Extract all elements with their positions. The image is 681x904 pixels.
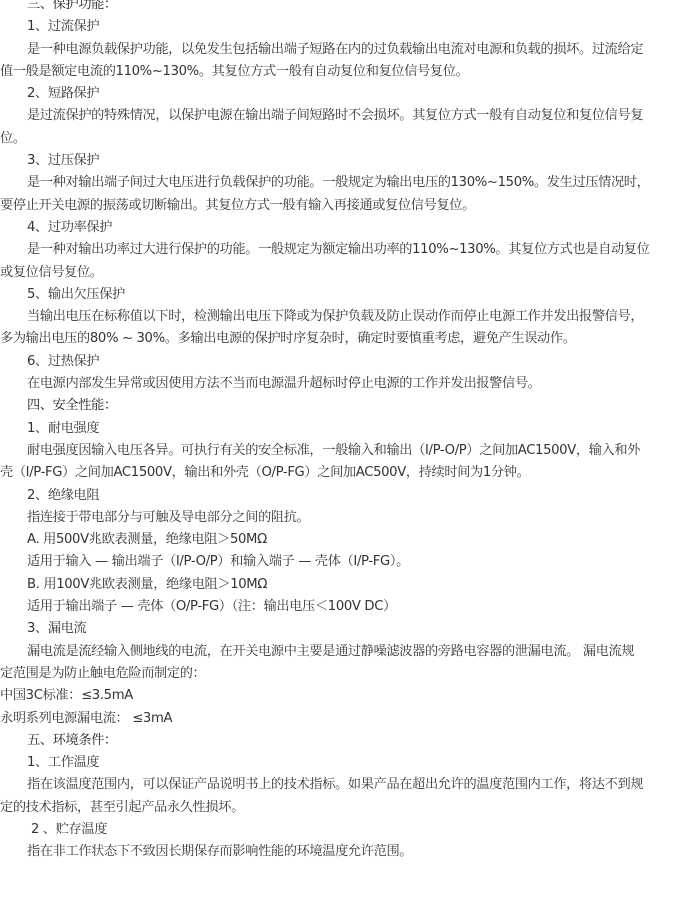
paragraph-line: 指连接于带电部分与可触及导电部分之间的阻抗。: [0, 507, 681, 529]
subsection-heading: 2、绝缘电阻: [0, 485, 681, 507]
paragraph-line: 定范围是为防止触电危险而制定的：: [0, 663, 681, 685]
subsection-heading: 1、工作温度: [0, 752, 681, 774]
section-heading: 五、环境条件：: [0, 730, 681, 752]
document-body: 三、保护功能：1、过流保护是一种电源负载保护功能，以免发生包括输出端子短路在内的…: [0, 0, 681, 864]
paragraph-line: 中国3C标准：≤3.5mA: [0, 685, 681, 707]
paragraph-line: 耐电强度因输入电压各异。可执行有关的安全标准，一般输入和输出（I/P-O/P）之…: [0, 440, 681, 462]
subsection-heading: 5、输出欠压保护: [0, 284, 681, 306]
subsection-heading: 3、过压保护: [0, 150, 681, 172]
paragraph-line: 多为输出电压的80% ~ 30%。多输出电源的保护时序复杂时，确定时要慎重考虑，…: [0, 328, 681, 350]
paragraph-line: 壳（I/P-FG）之间加AC1500V，输出和外壳（O/P-FG）之间加AC50…: [0, 462, 681, 484]
paragraph-line: A. 用500V兆欧表测量，绝缘电阻＞50MΩ: [0, 529, 681, 551]
paragraph-line: 定的技术指标，甚至引起产品永久性损坏。: [0, 797, 681, 819]
subsection-heading: 1、过流保护: [0, 16, 681, 38]
paragraph-line: 指在非工作状态下不致因长期保存而影响性能的环境温度允许范围。: [0, 841, 681, 863]
subsection-heading: 6、过热保护: [0, 351, 681, 373]
subsection-heading: 1、耐电强度: [0, 418, 681, 440]
paragraph-line: 或复位信号复位。: [0, 262, 681, 284]
paragraph-line: 适用于输出端子 — 壳体（O/P-FG）（注：输出电压＜100V DC）: [0, 596, 681, 618]
paragraph-line: 当输出电压在标称值以下时，检测输出电压下降或为保护负载及防止误动作而停止电源工作…: [0, 306, 681, 328]
subsection-heading: 3、漏电流: [0, 618, 681, 640]
paragraph-line: 指在该温度范围内，可以保证产品说明书上的技术指标。如果产品在超出允许的温度范围内…: [0, 774, 681, 796]
paragraph-line: 是一种电源负载保护功能，以免发生包括输出端子短路在内的过负载输出电流对电源和负载…: [0, 39, 681, 61]
paragraph-line: 要停止开关电源的振荡或切断输出。其复位方式一般有输入再接通或复位信号复位。: [0, 195, 681, 217]
paragraph-line: 永明系列电源漏电流： ≤3mA: [0, 708, 681, 730]
paragraph-line: 适用于输入 — 输出端子（I/P-O/P）和输入端子 — 壳体（I/P-FG）。: [0, 551, 681, 573]
section-heading: 三、保护功能：: [0, 0, 681, 16]
paragraph-line: 是一种对输出功率过大进行保护的功能。一般规定为额定输出功率的110%~130%。…: [0, 239, 681, 261]
paragraph-line: B. 用100V兆欧表测量，绝缘电阻＞10MΩ: [0, 574, 681, 596]
paragraph-line: 是一种对输出端子间过大电压进行负载保护的功能。一般规定为输出电压的130%~15…: [0, 172, 681, 194]
subsection-heading: 2、短路保护: [0, 83, 681, 105]
paragraph-line: 在电源内部发生异常或因使用方法不当而电源温升超标时停止电源的工作并发出报警信号。: [0, 373, 681, 395]
subsection-heading: 2 、贮存温度: [0, 819, 681, 841]
paragraph-line: 位。: [0, 128, 681, 150]
paragraph-line: 值一般是额定电流的110%~130%。其复位方式一般有自动复位和复位信号复位。: [0, 61, 681, 83]
paragraph-line: 是过流保护的特殊情况，以保护电源在输出端子间短路时不会损坏。其复位方式一般有自动…: [0, 105, 681, 127]
section-heading: 四、安全性能：: [0, 395, 681, 417]
paragraph-line: 漏电流是流经输入侧地线的电流，在开关电源中主要是通过静噪滤波器的旁路电容器的泄漏…: [0, 641, 681, 663]
subsection-heading: 4、过功率保护: [0, 217, 681, 239]
